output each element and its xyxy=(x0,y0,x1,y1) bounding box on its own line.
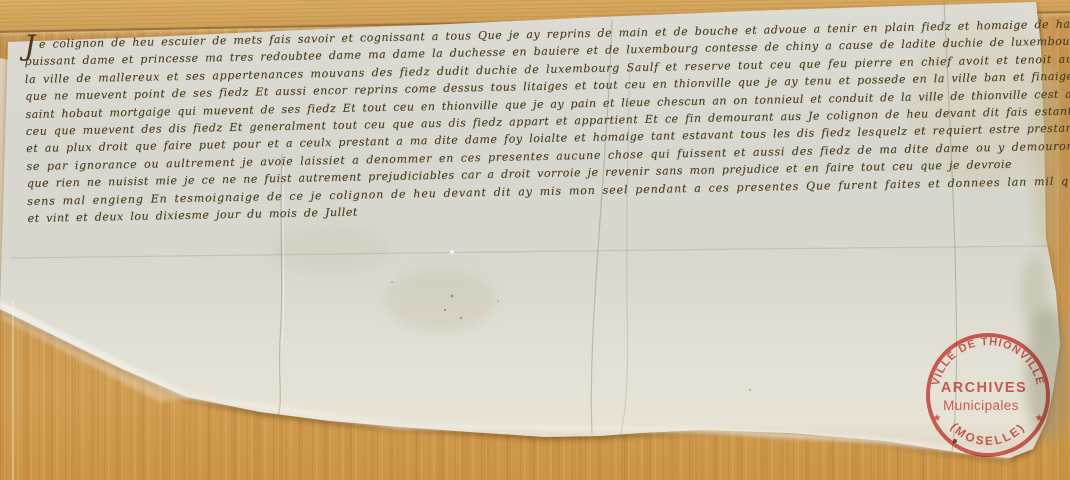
manuscript-text-block: Je colignon de heu escuier de mets fais … xyxy=(24,16,1060,228)
archival-photo-scene: Je colignon de heu escuier de mets fais … xyxy=(0,0,1070,480)
